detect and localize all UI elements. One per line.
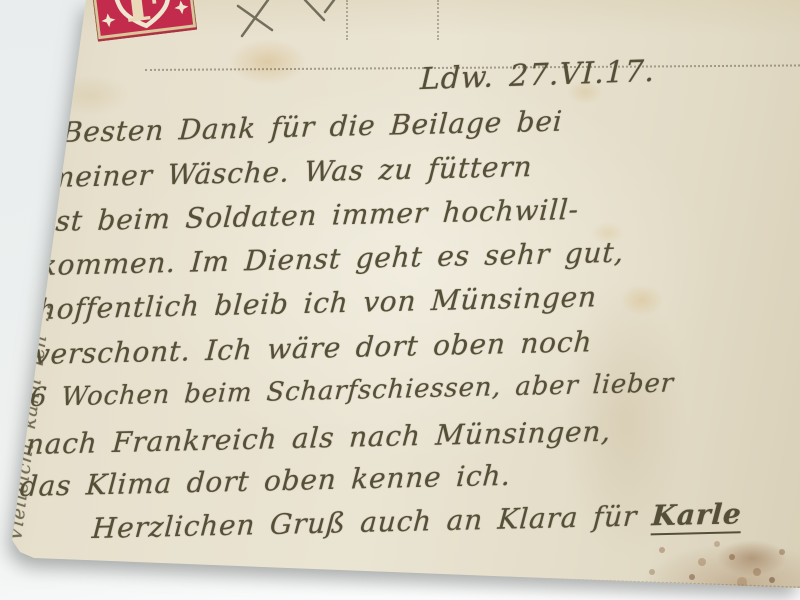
closing-text: Herzlichen Gruß auch an Klara für — [91, 499, 653, 545]
handwriting-line: kommen. Im Dienst geht es sehr gut, — [39, 236, 625, 282]
closing-line: Herzlichen Gruß auch an Klara für Karle — [91, 497, 743, 545]
signature-underlined: Karle — [651, 497, 743, 535]
handwriting-line: meiner Wäsche. Was zu füttern — [47, 150, 534, 194]
dotted-line-vertical-1 — [346, 0, 348, 40]
photo-of-postcard: F Ldw. 27.VI.17. Besten Dank für die Bei… — [0, 0, 800, 600]
dotted-line-vertical-2 — [437, 0, 439, 40]
handwriting-line: ist beim Soldaten immer hochwill- — [45, 193, 580, 238]
handwriting-line: 6 Wochen beim Scharfschiessen, aber lieb… — [29, 368, 675, 413]
dotted-line-bottom — [2, 560, 800, 588]
handwriting-line: verschont. Ich wäre dort oben noch — [33, 325, 593, 371]
handwriting-line: das Klima dort oben kenne ich. — [19, 459, 512, 503]
stamp-letter: F — [120, 0, 168, 36]
postcard: F Ldw. 27.VI.17. Besten Dank für die Bei… — [0, 0, 800, 600]
handwriting-line: hoffentlich bleib ich von Münsingen — [37, 280, 598, 326]
postcard-shadow: F Ldw. 27.VI.17. Besten Dank für die Bei… — [0, 0, 800, 600]
handwriting-line: Besten Dank für die Beilage bei — [61, 105, 564, 149]
handwriting-line: nach Frankreich als nach Münsingen, — [25, 415, 612, 461]
postage-stamp: F — [87, 0, 197, 42]
dateline: Ldw. 27.VI.17. — [419, 54, 655, 97]
stain-speckles — [640, 530, 644, 534]
